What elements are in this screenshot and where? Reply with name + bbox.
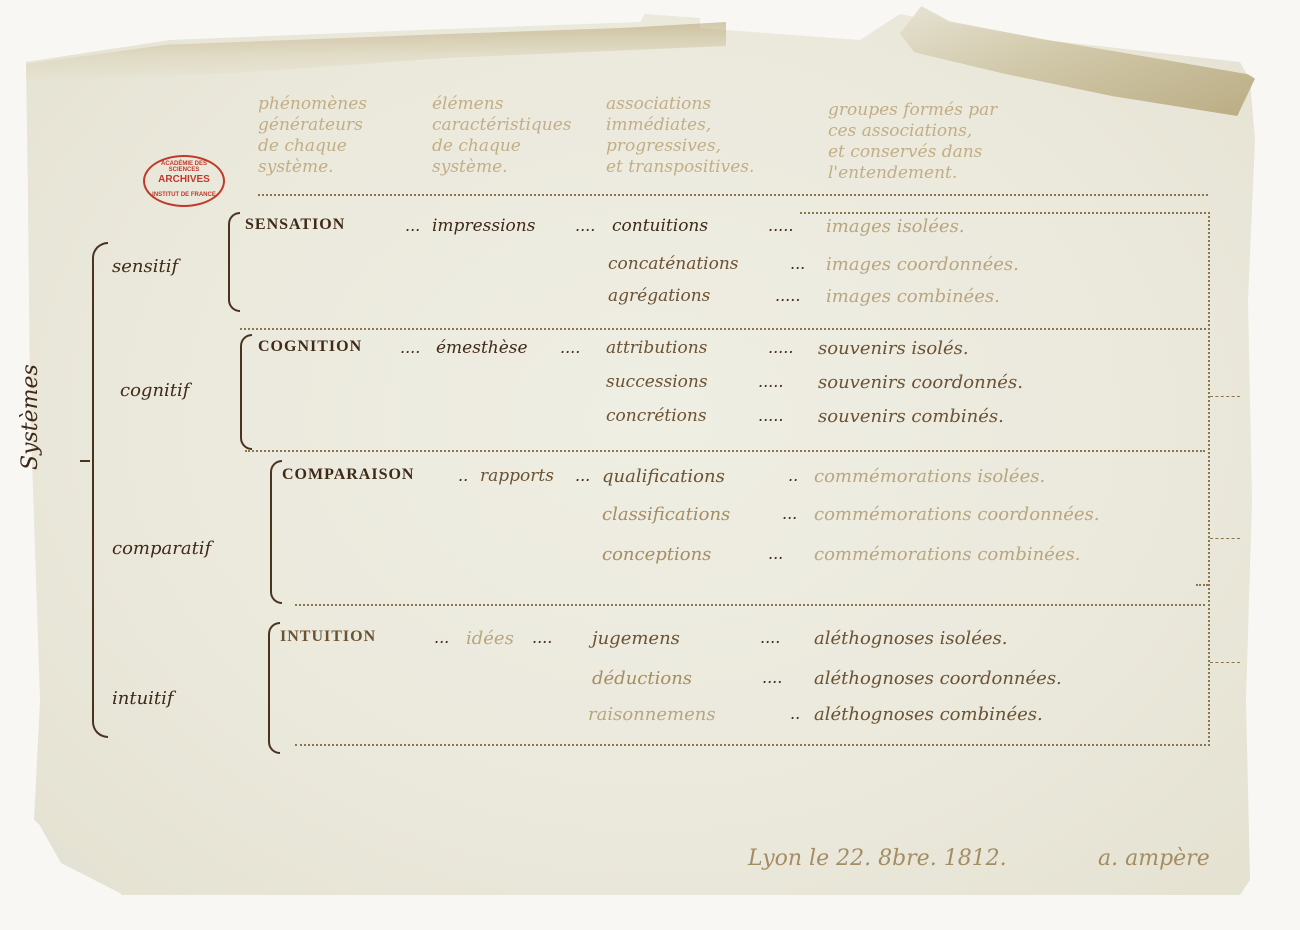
leader: .. bbox=[788, 466, 798, 485]
row-divider-1 bbox=[240, 328, 1210, 330]
system-name-sensitif: sensitif bbox=[112, 256, 178, 277]
association-concretions: concrétions bbox=[606, 406, 707, 426]
archives-stamp: ACADÉMIE DES SCIENCES ARCHIVES INSTITUT … bbox=[143, 155, 225, 207]
leader: .. bbox=[458, 466, 468, 485]
margin-dash-2 bbox=[1210, 538, 1240, 539]
leader: ..... bbox=[768, 338, 793, 357]
association-qualifications: qualifications bbox=[602, 466, 725, 487]
association-deductions: déductions bbox=[592, 668, 692, 689]
association-contuitions: contuitions bbox=[612, 216, 708, 236]
header-divider bbox=[258, 194, 1208, 196]
association-attributions: attributions bbox=[606, 338, 707, 358]
association-successions: successions bbox=[606, 372, 708, 392]
leader: ... bbox=[434, 628, 449, 647]
association-concatenations: concaténations bbox=[608, 254, 739, 274]
frame-top-line bbox=[800, 212, 1210, 214]
row-divider-3 bbox=[295, 604, 1205, 606]
system-name-intuitif: intuitif bbox=[112, 688, 174, 709]
phenomenon-cognition: COGNITION bbox=[258, 338, 362, 356]
margin-dash-3 bbox=[1210, 662, 1240, 663]
phenomenon-comparaison: COMPARAISON bbox=[282, 466, 414, 484]
frame-bottom-line bbox=[295, 744, 1210, 746]
margin-dash-1 bbox=[1210, 396, 1240, 397]
element-emesthese: émesthèse bbox=[436, 338, 528, 358]
group-images-coordonnees: images coordonnées. bbox=[826, 254, 1019, 275]
leader: .... bbox=[532, 628, 552, 647]
stamp-center-text: ARCHIVES bbox=[145, 174, 223, 185]
stamp-top-text: ACADÉMIE DES SCIENCES bbox=[145, 161, 223, 173]
frame-corner-tick bbox=[1196, 584, 1208, 586]
group-souvenirs-combines: souvenirs combinés. bbox=[818, 406, 1004, 427]
leader: ..... bbox=[758, 372, 783, 391]
association-jugemens: jugemens bbox=[592, 628, 680, 649]
leader: .... bbox=[762, 668, 782, 687]
leader: ..... bbox=[768, 216, 793, 235]
group-images-combinees: images combinées. bbox=[826, 286, 1000, 307]
association-conceptions: conceptions bbox=[602, 544, 711, 565]
association-raisonnemens: raisonnemens bbox=[588, 704, 716, 725]
group-commemorations-combinees: commémorations combinées. bbox=[814, 544, 1080, 565]
column-header-associations: associations immédiates, progressives, e… bbox=[606, 94, 754, 178]
leader: ... bbox=[405, 216, 420, 235]
system-name-comparatif: comparatif bbox=[112, 538, 211, 559]
signature-author: a. ampère bbox=[1098, 846, 1210, 871]
manuscript-sheet: ACADÉMIE DES SCIENCES ARCHIVES INSTITUT … bbox=[0, 0, 1300, 930]
intuitif-brace bbox=[268, 622, 280, 754]
column-header-groups: groupes formés par ces associations, et … bbox=[828, 100, 997, 184]
column-header-elements: élémens caractéristiques de chaque systè… bbox=[432, 94, 572, 178]
leader: ..... bbox=[775, 286, 800, 305]
association-classifications: classifications bbox=[602, 504, 730, 525]
element-rapports: rapports bbox=[480, 466, 554, 486]
group-commemorations-coordonnees: commémorations coordonnées. bbox=[814, 504, 1100, 525]
comparatif-brace bbox=[270, 460, 282, 604]
leader: ... bbox=[768, 544, 783, 563]
systems-brace-tip bbox=[80, 460, 90, 462]
phenomenon-intuition: INTUITION bbox=[280, 628, 376, 646]
leader: ..... bbox=[758, 406, 783, 425]
column-header-phenomena: phénomènes générateurs de chaque système… bbox=[258, 94, 367, 178]
leader: ... bbox=[790, 254, 805, 273]
leader: .. bbox=[790, 704, 800, 723]
root-label-systemes: Systèmes bbox=[18, 364, 43, 470]
cognitif-brace bbox=[240, 334, 252, 450]
row-divider-2 bbox=[245, 450, 1205, 452]
element-idees: idées bbox=[466, 628, 514, 649]
leader: .... bbox=[560, 338, 580, 357]
sensitif-brace bbox=[228, 212, 240, 312]
leader: .... bbox=[760, 628, 780, 647]
group-alethognoses-coordonnees: aléthognoses coordonnées. bbox=[814, 668, 1062, 689]
system-name-cognitif: cognitif bbox=[120, 380, 189, 401]
leader: ... bbox=[782, 504, 797, 523]
phenomenon-sensation: SENSATION bbox=[245, 216, 345, 234]
group-souvenirs-isoles: souvenirs isolés. bbox=[818, 338, 969, 359]
group-alethognoses-combinees: aléthognoses combinées. bbox=[814, 704, 1043, 725]
systems-brace bbox=[92, 242, 108, 738]
group-souvenirs-coordonnes: souvenirs coordonnés. bbox=[818, 372, 1023, 393]
group-images-isolees: images isolées. bbox=[826, 216, 965, 237]
group-commemorations-isolees: commémorations isolées. bbox=[814, 466, 1045, 487]
leader: ... bbox=[575, 466, 590, 485]
signature-place-date: Lyon le 22. 8bre. 1812. bbox=[748, 846, 1007, 871]
leader: .... bbox=[400, 338, 420, 357]
element-impressions: impressions bbox=[432, 216, 535, 236]
association-agregations: agrégations bbox=[608, 286, 710, 306]
stamp-bottom-text: INSTITUT DE FRANCE bbox=[145, 192, 223, 198]
group-alethognoses-isolees: aléthognoses isolées. bbox=[814, 628, 1007, 649]
leader: .... bbox=[575, 216, 595, 235]
